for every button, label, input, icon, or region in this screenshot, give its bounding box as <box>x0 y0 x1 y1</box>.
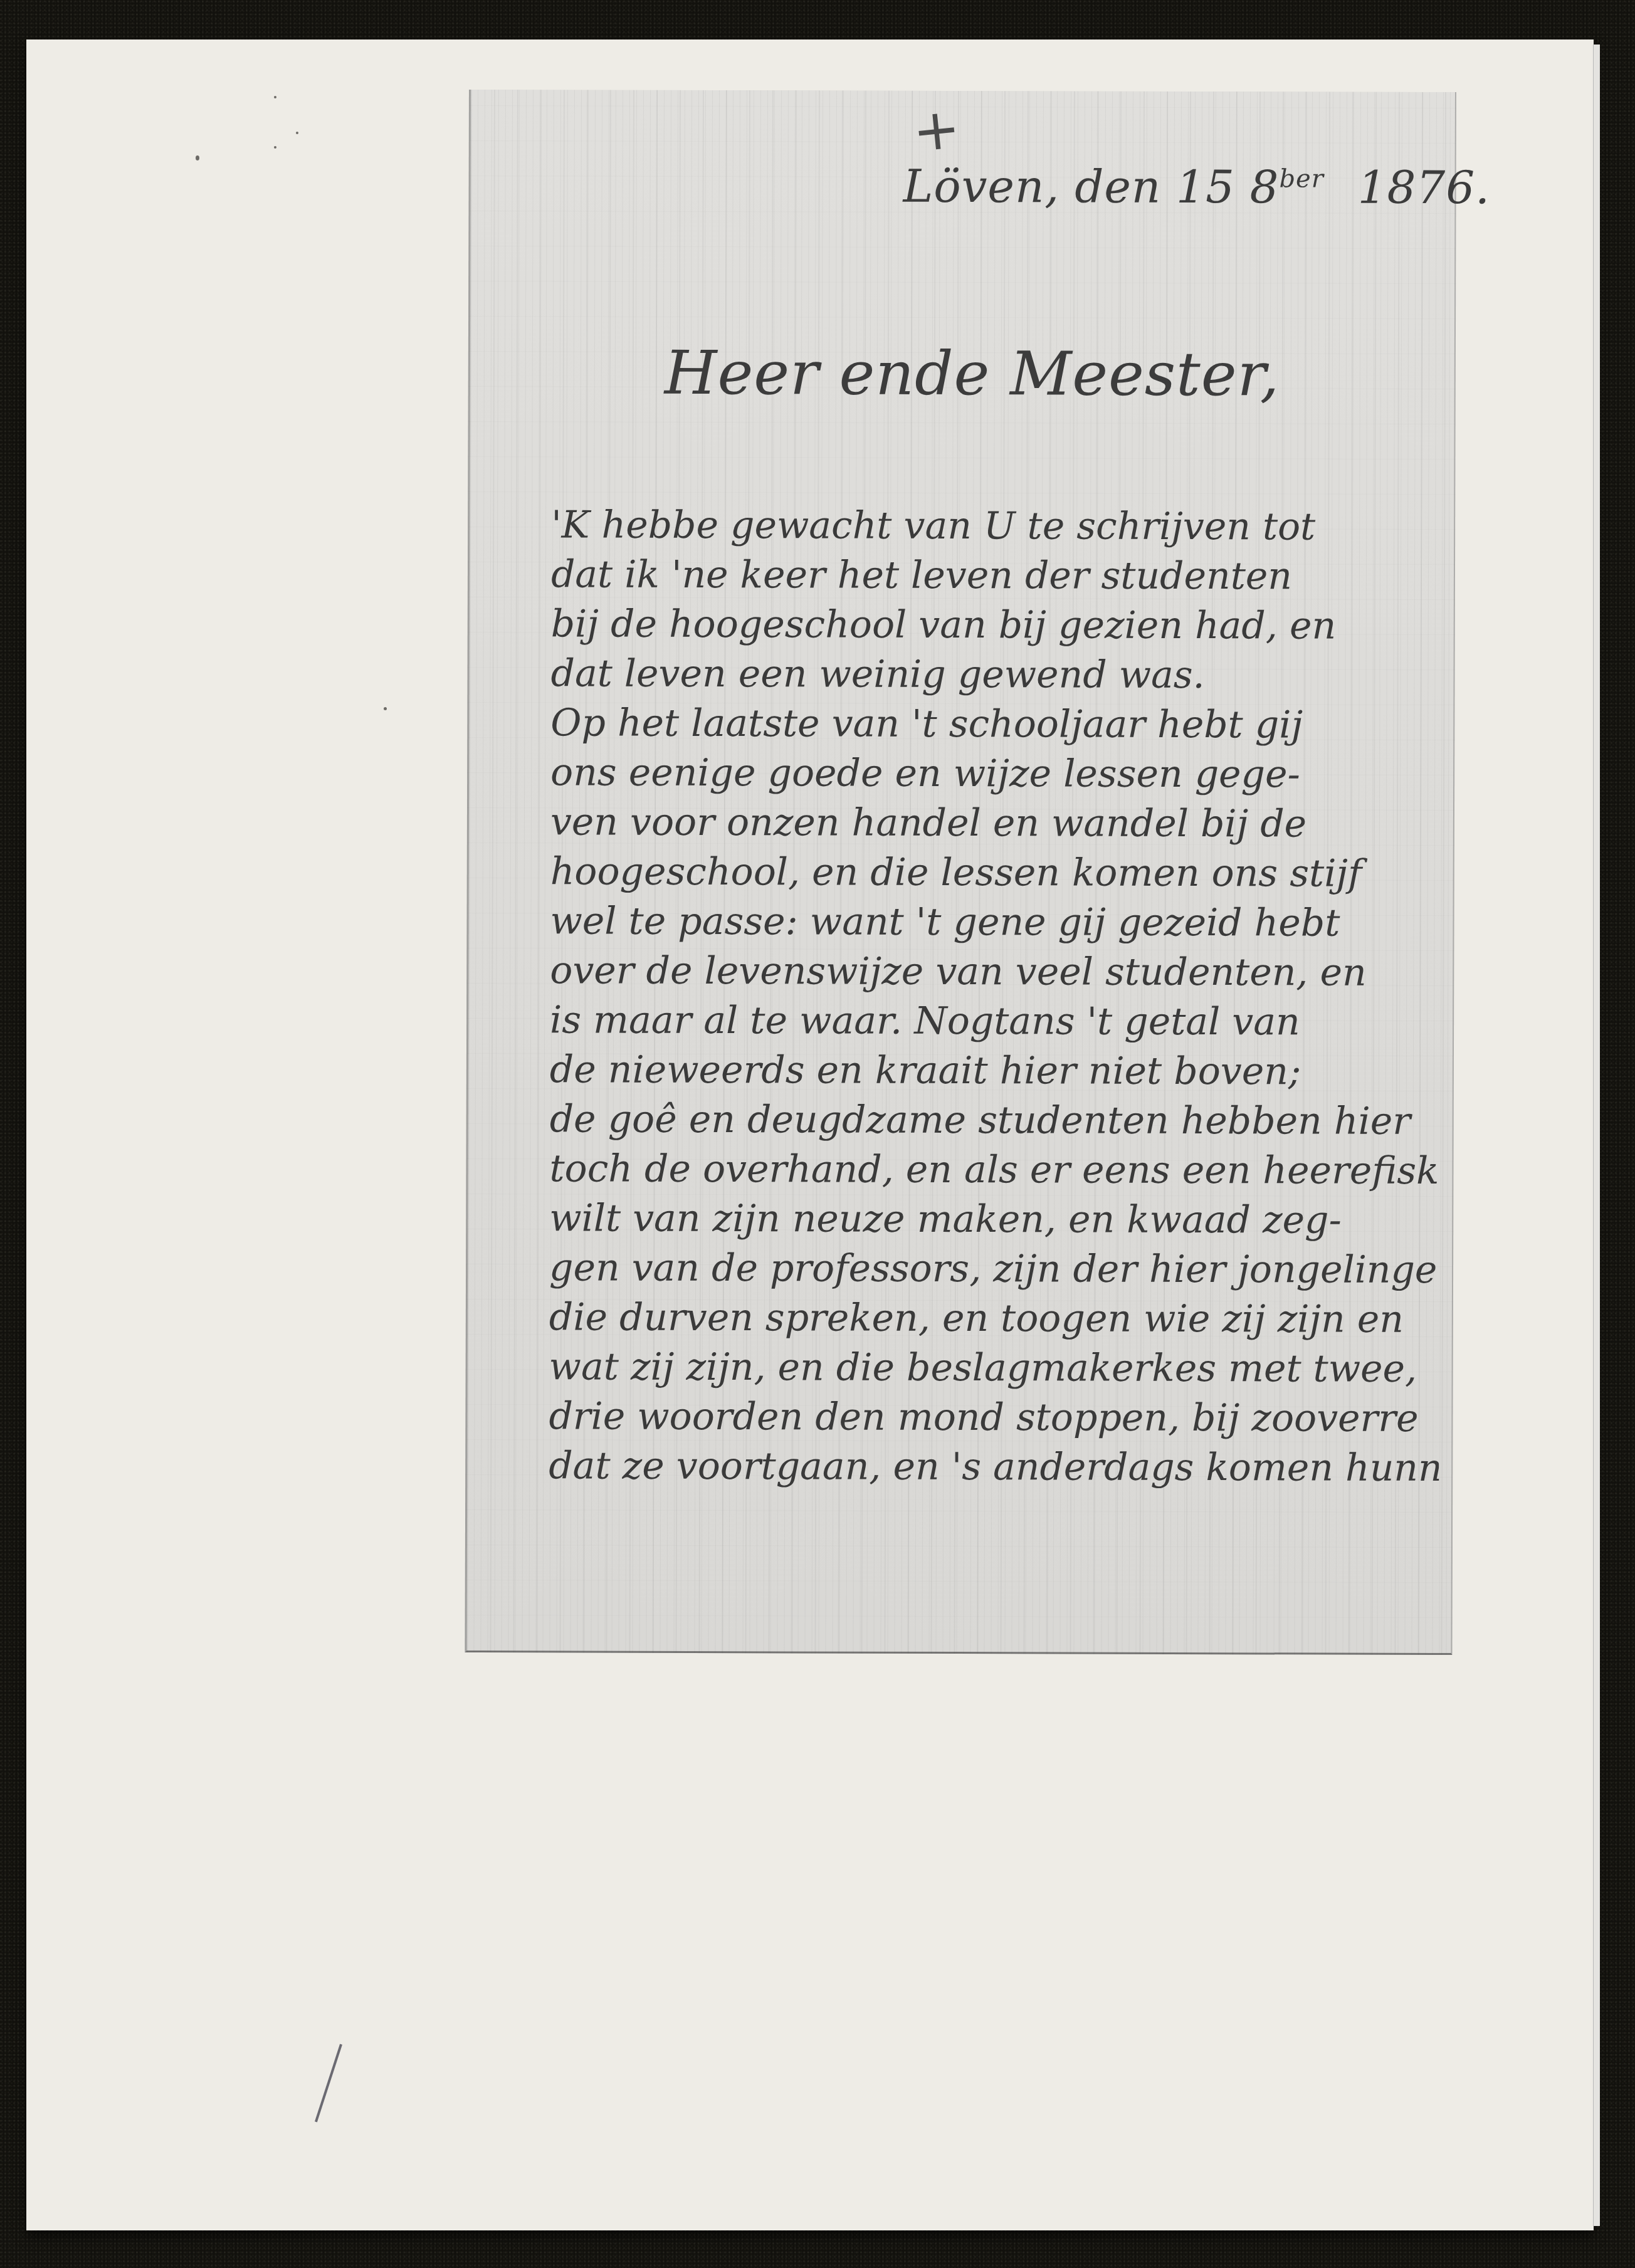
letter-line: over de levenswijze van veel studenten, … <box>550 946 1440 998</box>
letter-line: die durven spreken, en toogen wie zij zi… <box>549 1293 1439 1345</box>
dateline-month-suffix: ber <box>1279 164 1324 193</box>
letter-line: is maar al te waar. Nogtans 't getal van <box>550 995 1440 1047</box>
letter-line: toch de overhand, en als er eens een hee… <box>549 1144 1439 1196</box>
pencil-stroke-mark <box>315 2044 342 2123</box>
letter-line: de nieweerds en kraait hier niet boven; <box>550 1045 1440 1097</box>
letter-line: wel te passe: want 't gene gij gezeid he… <box>550 896 1440 948</box>
sheet-edge <box>1593 45 1600 2226</box>
dust-speck <box>196 155 199 160</box>
mount-paper-sheet: + Löven, den 15 8ber 1876. Heer ende Mee… <box>26 39 1594 2230</box>
letter-line: wat zij zijn, en die beslagmakerkes met … <box>549 1342 1439 1394</box>
letter-line: 'K hebbe gewacht van U te schrijven tot <box>551 500 1441 552</box>
letter-line: dat ik 'ne keer het leven der studenten <box>551 550 1441 602</box>
dust-speck <box>384 707 387 710</box>
letter-body: 'K hebbe gewacht van U te schrijven tot … <box>549 500 1441 1493</box>
letter-line: gen van de professors, zijn der hier jon… <box>549 1243 1439 1295</box>
letter-line: wilt van zijn neuze maken, en kwaad zeg- <box>549 1194 1439 1246</box>
letter-salutation: Heer ende Meester, <box>665 338 1280 410</box>
dateline-year: 1876. <box>1358 161 1490 214</box>
letter-line: de goê en deugdzame studenten hebben hie… <box>550 1095 1440 1147</box>
letter-line: bij de hoogeschool van bij gezien had, e… <box>551 599 1441 651</box>
letter-line: hoogeschool, en die lessen komen ons sti… <box>550 847 1441 899</box>
dateline-place: Löven <box>903 160 1044 213</box>
letter-line: dat ze voortgaan, en 's anderdags komen … <box>549 1441 1439 1493</box>
dust-speck <box>274 146 276 149</box>
dust-speck <box>274 96 276 98</box>
letter-line: ons eenige goede en wijze lessen gege- <box>550 748 1441 800</box>
letter-line: Op het laatste van 't schooljaar hebt gi… <box>550 698 1441 750</box>
letter-line: dat leven een weinig gewend was. <box>550 649 1441 701</box>
letter-line: drie woorden den mond stoppen, bij zoove… <box>549 1392 1439 1444</box>
letter-photocopy: + Löven, den 15 8ber 1876. Heer ende Mee… <box>465 90 1456 1655</box>
letter-dateline: Löven, den 15 8ber 1876. <box>903 160 1490 214</box>
dateline-month: 8 <box>1250 160 1280 213</box>
dateline-day: , den 15 <box>1044 160 1235 213</box>
dust-speck <box>296 132 298 134</box>
cross-mark: + <box>910 95 964 165</box>
letter-line: ven voor onzen handel en wandel bij de <box>550 797 1441 849</box>
